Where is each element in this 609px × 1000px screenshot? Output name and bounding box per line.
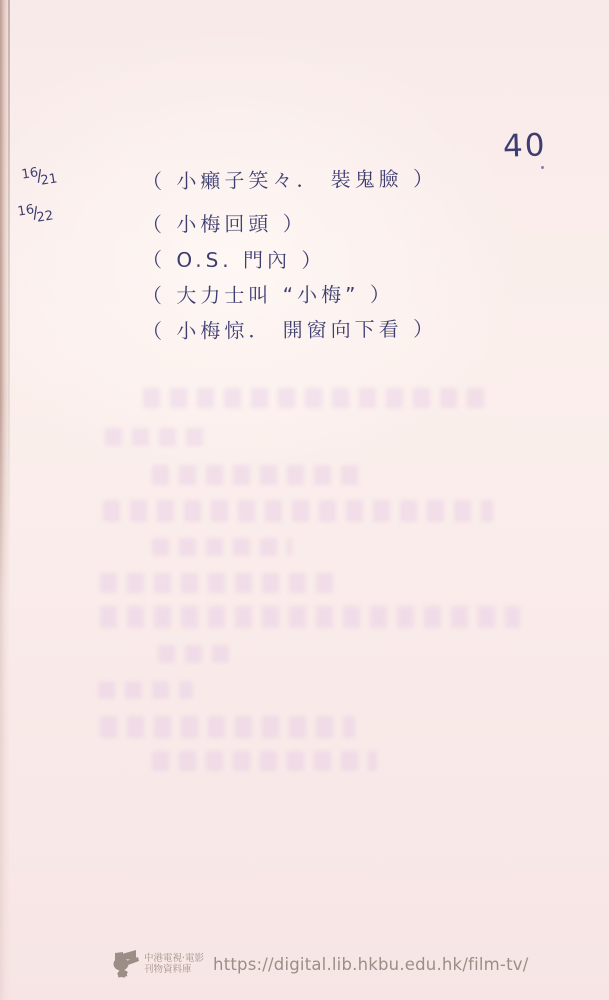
- ghost-text-row: [152, 465, 362, 485]
- script-line-3: （ O.S. 門內 ）: [142, 244, 326, 274]
- ghost-text-row: [143, 388, 493, 408]
- ghost-text-row: [98, 681, 193, 699]
- library-watermark: 中港電視·電影 刊物資料庫 https://digital.lib.hkbu.e…: [112, 947, 528, 981]
- ghost-text-row: [105, 428, 210, 446]
- ghost-text-row: [152, 538, 292, 556]
- ghost-text-row: [158, 645, 238, 663]
- script-line-2: （ 小梅回頭 ）: [142, 207, 307, 237]
- film-spotlight-icon: [112, 947, 139, 981]
- script-line-1: （ 小癩子笑々． 裝鬼臉 ）: [142, 162, 437, 194]
- watermark-label-line1: 中港電視·電影: [144, 953, 204, 965]
- scanned-script-page: 40 16/21 16/22 （ 小癩子笑々． 裝鬼臉 ） （ 小梅回頭 ） （…: [0, 0, 609, 1000]
- shot-number-2: 16/22: [17, 200, 54, 224]
- page-number: 40: [502, 127, 547, 164]
- ghost-text-row: [103, 500, 493, 522]
- page-gutter-line: [8, 0, 10, 550]
- watermark-url: https://digital.lib.hkbu.edu.hk/film-tv/: [213, 955, 528, 974]
- ghost-text-row: [100, 716, 355, 738]
- watermark-label-line2: 刊物資料庫: [144, 964, 204, 976]
- shot-number-2-numerator: 16: [17, 202, 36, 219]
- shot-number-2-denominator: 22: [36, 208, 55, 225]
- shot-number-1: 16/21: [21, 163, 58, 187]
- shot-number-1-numerator: 16: [21, 165, 40, 182]
- script-line-4: （ 大力士叫 “小梅” ）: [142, 278, 394, 308]
- ghost-text-row: [100, 606, 520, 628]
- ghost-text-row: [152, 751, 377, 771]
- watermark-label: 中港電視·電影 刊物資料庫: [144, 953, 204, 976]
- shot-number-1-denominator: 21: [40, 171, 59, 188]
- script-line-5: （ 小梅惊． 開窗向下看 ）: [142, 313, 437, 345]
- ghost-text-row: [100, 573, 340, 593]
- page-number-dot: [541, 166, 544, 169]
